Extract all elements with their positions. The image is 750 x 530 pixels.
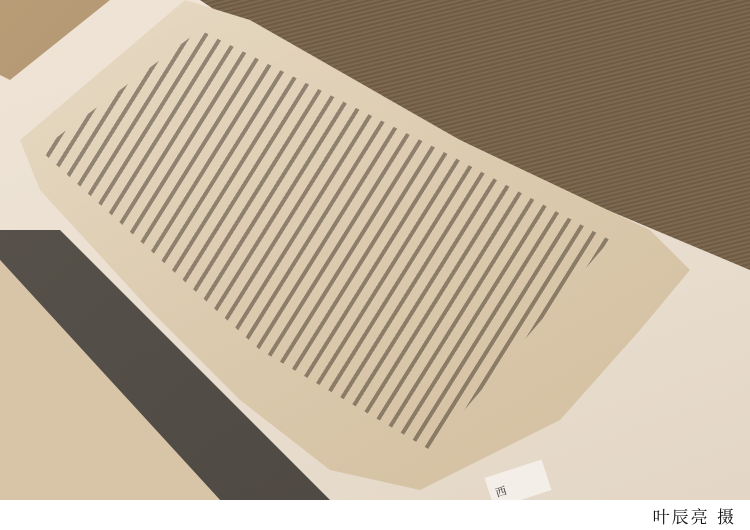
photo-credit-caption: 叶辰亮 摄 [653,503,736,528]
photo: 西 [0,0,750,500]
